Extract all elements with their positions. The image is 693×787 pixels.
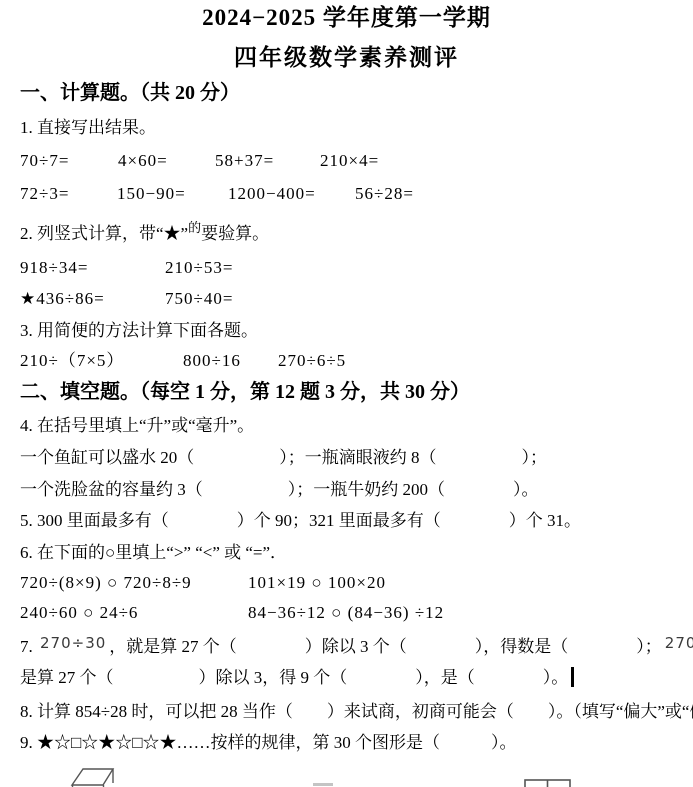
- q3-row: 210÷（7×5）800÷16270÷6÷5: [20, 350, 346, 371]
- math-expression: 270÷6÷5: [278, 350, 346, 371]
- math-expression: 210×4=: [320, 150, 379, 171]
- comparison-expression: 720÷(8×9) ○ 720÷8÷9: [20, 572, 248, 593]
- q8-text: 8. 计算 854÷28 时，可以把 28 当作（ ）来试商，初商可能会（ ）。…: [20, 701, 693, 722]
- math-expression: 750÷40=: [165, 288, 233, 309]
- math-expression: 70÷7=: [20, 150, 118, 171]
- q4-label: 4. 在括号里填上“升”或“毫升”。: [20, 415, 254, 436]
- q7-line2-text: 是算 27 个（ ）除以 3，得 9 个（ ），是（ ）。: [20, 668, 568, 687]
- q7-equation-1: 270÷30: [37, 634, 109, 652]
- q2-label-superscript: 的: [188, 220, 201, 235]
- math-expression: 56÷28=: [355, 183, 414, 204]
- q7-equation-2: 270÷3: [662, 634, 693, 652]
- q9-text: 9. ★☆□☆★☆□☆★……按样的规律，第 30 个图形是（ ）。: [20, 732, 517, 753]
- q7-prefix: 7.: [20, 637, 37, 656]
- math-expression: 1200−400=: [228, 183, 355, 204]
- q3-label: 3. 用简便的方法计算下面各题。: [20, 320, 258, 341]
- q2-label-post: 要验算。: [201, 224, 269, 243]
- split-rectangle-icon: [524, 779, 572, 787]
- q6-row2: 240÷60 ○ 24÷684−36÷12 ○ (84−36) ÷12: [20, 602, 444, 623]
- q1-row2: 72÷3=150−90=1200−400=56÷28=: [20, 183, 414, 204]
- gray-bar-shape: [313, 783, 333, 786]
- comparison-expression: 240÷60 ○ 24÷6: [20, 602, 248, 623]
- math-expression: ★436÷86=: [20, 288, 165, 309]
- q7-line2: 是算 27 个（ ）除以 3，得 9 个（ ），是（ ）。: [20, 667, 574, 689]
- section1-header: 一、计算题。（共 20 分）: [20, 81, 240, 106]
- q2-label: 2. 列竖式计算，带“★”的要验算。: [20, 220, 269, 244]
- text-cursor: [571, 667, 574, 687]
- math-expression: 210÷53=: [165, 257, 233, 278]
- math-expression: 72÷3=: [20, 183, 117, 204]
- comparison-expression: 84−36÷12 ○ (84−36) ÷12: [248, 602, 444, 623]
- exam-document-page[interactable]: 2024−2025 学年度第一学期 四年级数学素养测评 一、计算题。（共 20 …: [0, 0, 693, 787]
- exam-subtitle: 四年级数学素养测评: [0, 44, 693, 73]
- section2-header: 二、填空题。（每空 1 分，第 12 题 3 分，共 30 分）: [20, 380, 470, 405]
- comparison-expression: 101×19 ○ 100×20: [248, 572, 386, 593]
- math-expression: 800÷16: [183, 350, 278, 371]
- q4-blank-line-2: 一个洗脸盆的容量约 3（ ）；一瓶牛奶约 200（ ）。: [20, 479, 539, 500]
- q4-blank-line-1: 一个鱼缸可以盛水 20（ ）；一瓶滴眼液约 8（ ）；: [20, 447, 547, 468]
- cube-shape-icon: [70, 765, 116, 787]
- q7-middle-text: ，就是算 27 个（ ）除以 3 个（ ），得数是（ ）；: [109, 637, 662, 656]
- q7-line1: 7. 270÷30，就是算 27 个（ ）除以 3 个（ ），得数是（ ）；27…: [20, 636, 693, 657]
- q6-label: 6. 在下面的○里填上“>” “<” 或 “=”．: [20, 542, 287, 563]
- q5-text: 5. 300 里面最多有（ ）个 90；321 里面最多有（ ）个 31。: [20, 510, 581, 531]
- math-expression: 150−90=: [117, 183, 228, 204]
- math-expression: 918÷34=: [20, 257, 165, 278]
- q1-row1: 70÷7=4×60=58+37=210×4=: [20, 150, 379, 171]
- q2-row1: 918÷34=210÷53=: [20, 257, 233, 278]
- q1-label: 1. 直接写出结果。: [20, 117, 156, 138]
- math-expression: 4×60=: [118, 150, 215, 171]
- exam-title: 2024−2025 学年度第一学期: [0, 4, 693, 33]
- math-expression: 210÷（7×5）: [20, 350, 183, 371]
- math-expression: 58+37=: [215, 150, 320, 171]
- q2-row2: ★436÷86=750÷40=: [20, 288, 233, 309]
- q2-label-pre: 2. 列竖式计算，带“★”: [20, 224, 188, 243]
- q6-row1: 720÷(8×9) ○ 720÷8÷9101×19 ○ 100×20: [20, 572, 386, 593]
